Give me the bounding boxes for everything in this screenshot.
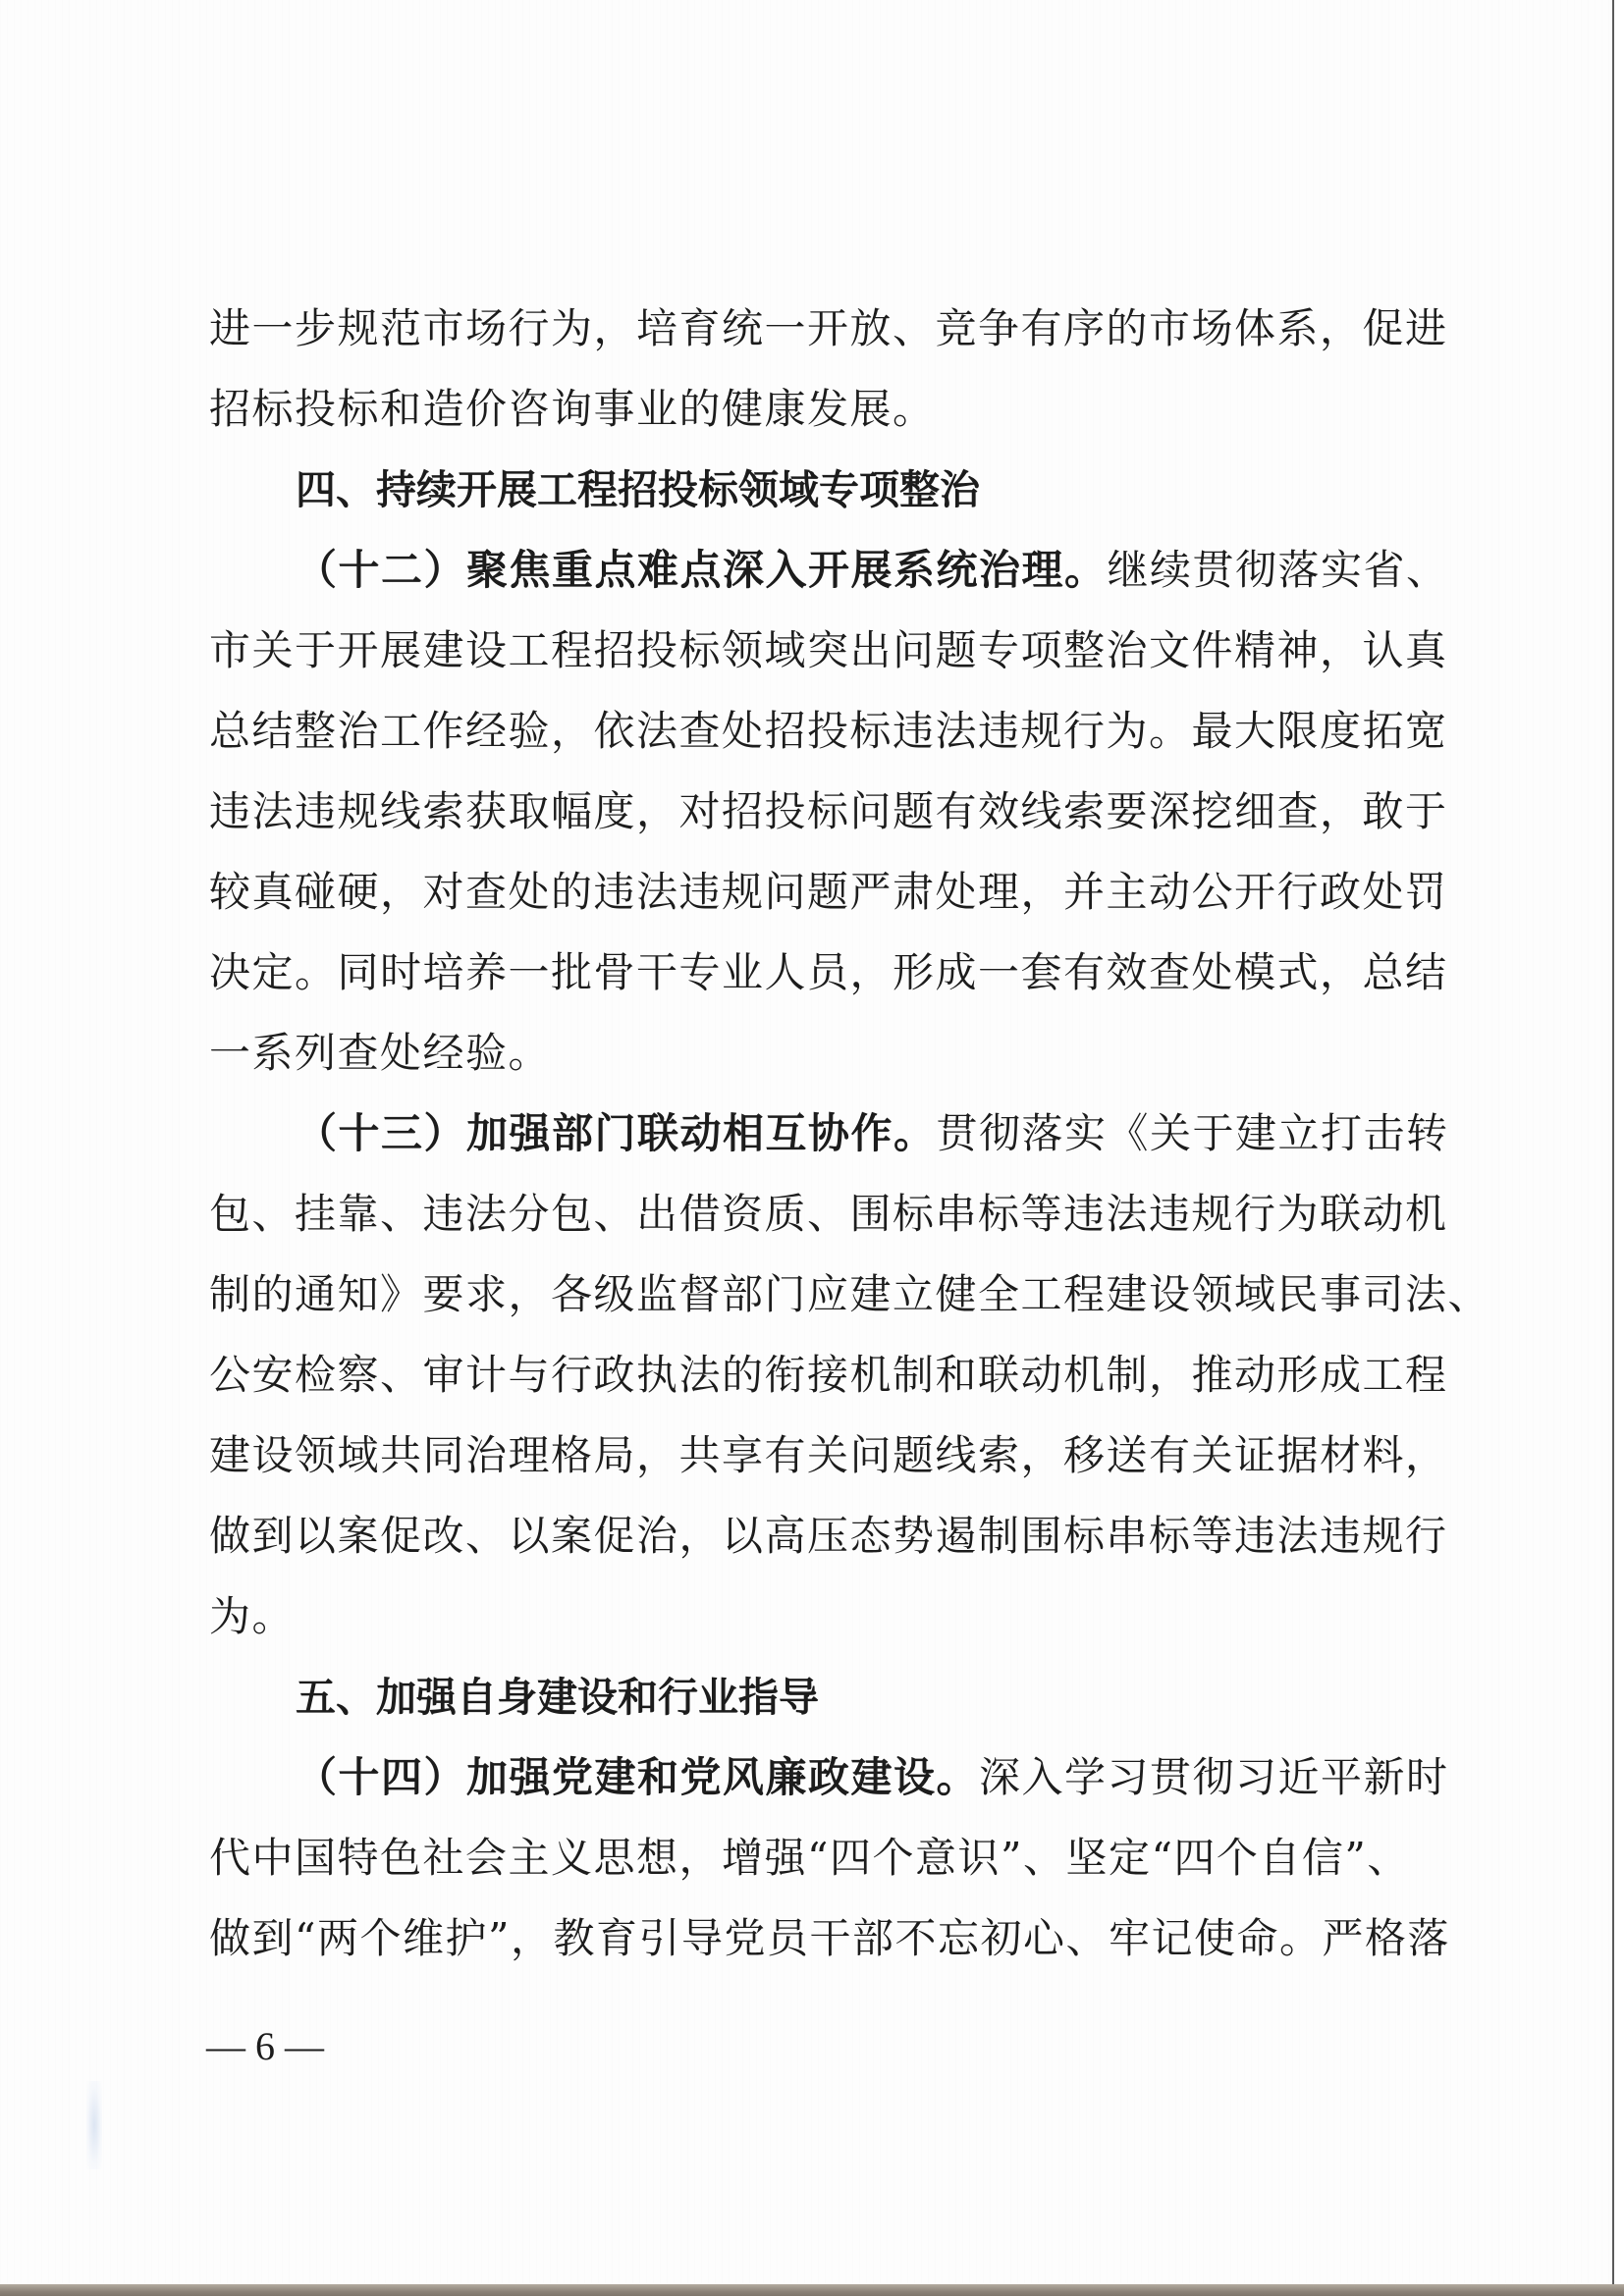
heading-text: 四、持续开展工程招投标领域专项整治 <box>296 466 980 513</box>
text-line: 进一步规范市场行为，培育统一开放、竞争有序的市场体系，促进 <box>209 298 1411 379</box>
line-text: 总结整治工作经验，依法查处招投标违法违规行为。最大限度拓宽 <box>209 707 1448 755</box>
scan-margin <box>1614 0 1624 2284</box>
line-text: 做到以案促改、以案促治，以高压态势遏制围标串标等违法违规行 <box>209 1512 1448 1560</box>
line-text: 违法违规线索获取幅度，对招投标问题有效线索要深挖细查，敢于 <box>209 787 1448 835</box>
text-line: 违法违规线索获取幅度，对招投标问题有效线索要深挖细查，敢于 <box>209 781 1411 862</box>
text-line: 较真碰硬，对查处的违法违规问题严肃处理，并主动公开行政处罚 <box>209 862 1411 942</box>
clause-13-line: （十三）加强部门联动相互协作。贯彻落实《关于建立打击转 <box>209 1103 1411 1184</box>
line-text: 贯彻落实《关于建立打击转 <box>937 1109 1449 1157</box>
text-line: 为。 <box>209 1586 1411 1667</box>
line-text: 制的通知》要求，各级监督部门应建立健全工程建设领域民事司法、 <box>209 1270 1490 1318</box>
line-text: 为。 <box>209 1592 295 1640</box>
line-text: 公安检察、审计与行政执法的衔接机制和联动机制，推动形成工程 <box>209 1351 1448 1399</box>
text-line: 制的通知》要求，各级监督部门应建立健全工程建设领域民事司法、 <box>209 1264 1411 1345</box>
section-heading-4: 四、持续开展工程招投标领域专项整治 <box>209 459 1411 540</box>
line-text: 包、挂靠、违法分包、出借资质、围标串标等违法违规行为联动机 <box>209 1190 1448 1238</box>
text-line: 决定。同时培养一批骨干专业人员，形成一套有效查处模式，总结 <box>209 942 1411 1023</box>
section-heading-5: 五、加强自身建设和行业指导 <box>209 1667 1411 1747</box>
line-text: 一系列查处经验。 <box>209 1029 551 1077</box>
line-text: 较真碰硬，对查处的违法违规问题严肃处理，并主动公开行政处罚 <box>209 868 1448 916</box>
line-text: 做到“两个维护”，教育引导党员干部不忘初心、牢记使命。严格落 <box>209 1914 1450 1962</box>
line-text: 代中国特色社会主义思想，增强“四个意识”、坚定“四个自信”、 <box>209 1834 1410 1882</box>
scan-artifact <box>86 2081 102 2169</box>
clause-12-line: （十二）聚焦重点难点深入开展系统治理。继续贯彻落实省、 <box>209 540 1411 620</box>
line-text: 决定。同时培养一批骨干专业人员，形成一套有效查处模式，总结 <box>209 948 1448 996</box>
line-text: 建设领域共同治理格局，共享有关问题线索，移送有关证据材料， <box>209 1431 1448 1479</box>
heading-text: 五、加强自身建设和行业指导 <box>296 1674 819 1721</box>
text-line: 包、挂靠、违法分包、出借资质、围标串标等违法违规行为联动机 <box>209 1184 1411 1264</box>
scanner-bottom-band <box>0 2284 1624 2296</box>
document-body: 进一步规范市场行为，培育统一开放、竞争有序的市场体系，促进 招标投标和造价咨询事… <box>209 298 1411 1989</box>
page-number: — 6 — <box>206 2022 324 2071</box>
clause-13-title: （十三）加强部门联动相互协作。 <box>296 1109 937 1157</box>
text-line: 做到“两个维护”，教育引导党员干部不忘初心、牢记使命。严格落 <box>209 1908 1411 1989</box>
line-text: 招标投标和造价咨询事业的健康发展。 <box>209 385 936 433</box>
text-line: 一系列查处经验。 <box>209 1023 1411 1103</box>
text-line: 市关于开展建设工程招投标领域突出问题专项整治文件精神，认真 <box>209 620 1411 701</box>
line-text: 市关于开展建设工程招投标领域突出问题专项整治文件精神，认真 <box>209 626 1448 674</box>
clause-14-title: （十四）加强党建和党风廉政建设。 <box>296 1753 979 1801</box>
text-line: 总结整治工作经验，依法查处招投标违法违规行为。最大限度拓宽 <box>209 701 1411 781</box>
line-text: 进一步规范市场行为，培育统一开放、竞争有序的市场体系，促进 <box>209 304 1448 352</box>
clause-12-title: （十二）聚焦重点难点深入开展系统治理。 <box>296 546 1108 594</box>
text-line: 公安检察、审计与行政执法的衔接机制和联动机制，推动形成工程 <box>209 1345 1411 1425</box>
document-page: 进一步规范市场行为，培育统一开放、竞争有序的市场体系，促进 招标投标和造价咨询事… <box>0 0 1612 2284</box>
text-line: 建设领域共同治理格局，共享有关问题线索，移送有关证据材料， <box>209 1425 1411 1506</box>
text-line: 做到以案促改、以案促治，以高压态势遏制围标串标等违法违规行 <box>209 1506 1411 1586</box>
text-line: 招标投标和造价咨询事业的健康发展。 <box>209 379 1411 459</box>
line-text: 深入学习贯彻习近平新时 <box>979 1753 1449 1801</box>
line-text: 继续贯彻落实省、 <box>1108 546 1449 594</box>
text-line: 代中国特色社会主义思想，增强“四个意识”、坚定“四个自信”、 <box>209 1828 1411 1908</box>
clause-14-line: （十四）加强党建和党风廉政建设。深入学习贯彻习近平新时 <box>209 1747 1411 1828</box>
